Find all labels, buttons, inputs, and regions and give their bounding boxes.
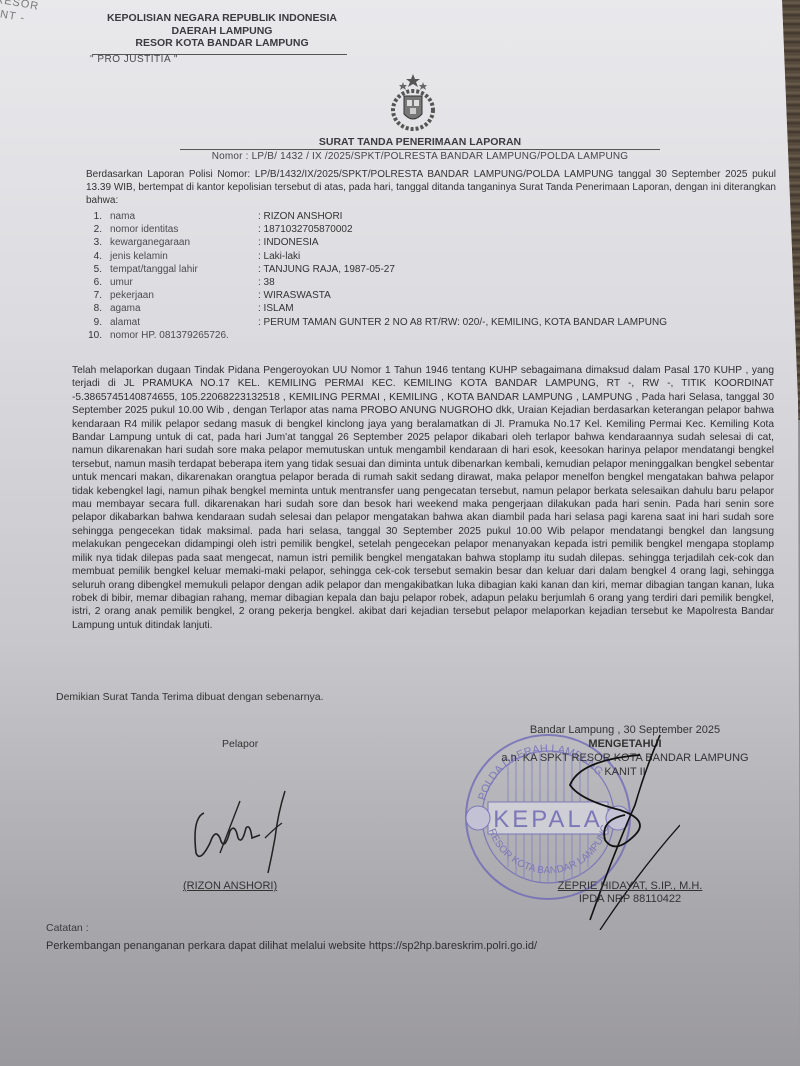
letterhead: KEPOLISIAN NEGARA REPUBLIK INDONESIA DAE… (92, 12, 352, 55)
report-number: Nomor : LP/B/ 1432 / IX /2025/SPKT/POLRE… (180, 149, 660, 162)
identity-row: 1.nama: RIZON ANSHORI (80, 210, 760, 223)
identity-label: jenis kelamin (110, 250, 258, 263)
identity-label: pekerjaan (110, 289, 258, 302)
notes-label: Catatan : (46, 922, 89, 934)
document-page: RESOR _NT - KEPOLISIAN NEGARA REPUBLIK I… (0, 0, 800, 1066)
identity-label: agama (110, 302, 258, 315)
identity-num: 2. (80, 223, 110, 236)
identity-row: 6.umur: 38 (80, 276, 760, 289)
identity-num: 6. (80, 276, 110, 289)
document-title: SURAT TANDA PENERIMAAN LAPORAN Nomor : L… (180, 136, 660, 162)
identity-value: : Laki-laki (258, 250, 760, 263)
officer-rank: IPDA NRP 88110422 (545, 893, 715, 906)
identity-label: nomor HP. 081379265726. (110, 329, 229, 342)
identity-value: : PERUM TAMAN GUNTER 2 NO A8 RT/RW: 020/… (258, 316, 760, 329)
identity-label: nomor identitas (110, 223, 258, 236)
identity-value: : 1871032705870002 (258, 223, 760, 236)
officer-block: ZEPRIE HIDAYAT, S.IP., M.H. IPDA NRP 881… (545, 880, 715, 906)
title-heading: SURAT TANDA PENERIMAAN LAPORAN (180, 136, 660, 148)
identity-label: nama (110, 210, 258, 223)
identity-label: kewarganegaraan (110, 236, 258, 249)
pro-justitia: " PRO JUSTITIA " (90, 54, 178, 65)
reporter-signature (190, 783, 300, 878)
corner-fragment: RESOR _NT - (0, 0, 40, 28)
identity-value: : 38 (258, 276, 760, 289)
identity-num: 10. (80, 329, 110, 342)
officer-name: ZEPRIE HIDAYAT, S.IP., M.H. (545, 880, 715, 893)
identity-num: 7. (80, 289, 110, 302)
identity-num: 5. (80, 263, 110, 276)
identity-value (229, 329, 760, 342)
identity-num: 1. (80, 210, 110, 223)
identity-row: 10.nomor HP. 081379265726. (80, 329, 760, 342)
identity-row: 3.kewarganegaraan: INDONESIA (80, 236, 760, 249)
reporter-label: Pelapor (222, 738, 258, 750)
identity-label: alamat (110, 316, 258, 329)
identity-num: 8. (80, 302, 110, 315)
identity-row: 9.alamat: PERUM TAMAN GUNTER 2 NO A8 RT/… (80, 316, 760, 329)
identity-label: umur (110, 276, 258, 289)
identity-num: 3. (80, 236, 110, 249)
identity-value: : RIZON ANSHORI (258, 210, 760, 223)
identity-label: tempat/tanggal lahir (110, 263, 258, 276)
intro-paragraph: Berdasarkan Laporan Polisi Nomor: LP/B/1… (86, 168, 776, 207)
identity-row: 4.jenis kelamin: Laki-laki (80, 250, 760, 263)
letterhead-line-3: RESOR KOTA BANDAR LAMPUNG (92, 37, 352, 50)
identity-value: : INDONESIA (258, 236, 760, 249)
identity-list: 1.nama: RIZON ANSHORI2.nomor identitas: … (80, 210, 760, 342)
identity-num: 4. (80, 250, 110, 263)
notes-text: Perkembangan penanganan perkara dapat di… (46, 940, 537, 952)
police-emblem-icon (388, 72, 438, 132)
identity-row: 2.nomor identitas: 1871032705870002 (80, 223, 760, 236)
identity-num: 9. (80, 316, 110, 329)
incident-description: Telah melaporkan dugaan Tindak Pidana Pe… (72, 364, 774, 632)
identity-row: 8.agama: ISLAM (80, 302, 760, 315)
letterhead-line-2: DAERAH LAMPUNG (92, 25, 352, 38)
identity-value: : TANJUNG RAJA, 1987-05-27 (258, 263, 760, 276)
reporter-name: (RIZON ANSHORI) (183, 880, 277, 892)
letterhead-line-1: KEPOLISIAN NEGARA REPUBLIK INDONESIA (92, 12, 352, 25)
identity-row: 7.pekerjaan: WIRASWASTA (80, 289, 760, 302)
identity-value: : ISLAM (258, 302, 760, 315)
identity-row: 5.tempat/tanggal lahir: TANJUNG RAJA, 19… (80, 263, 760, 276)
identity-value: : WIRASWASTA (258, 289, 760, 302)
closing-statement: Demikian Surat Tanda Terima dibuat denga… (56, 691, 324, 703)
